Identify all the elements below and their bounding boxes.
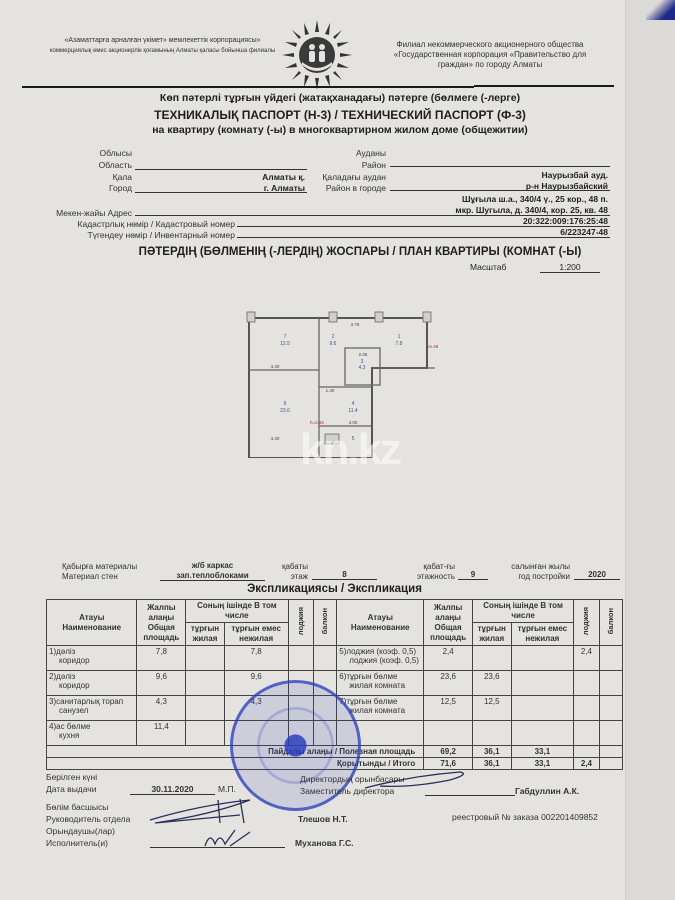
col-name: Атауы Наименование — [47, 600, 137, 646]
deputy-signature — [360, 768, 480, 793]
cell-total: 12,5 — [424, 696, 473, 721]
col-loggia-2: лоджия — [581, 607, 591, 635]
cell-living — [472, 646, 511, 671]
col-nonliving: тұрғын емес нежилая — [224, 623, 288, 646]
room-7-label: 7 — [284, 334, 287, 340]
issued-ru-label: Дата выдачи — [46, 784, 97, 794]
cell-balcony — [599, 696, 622, 721]
cell-living — [186, 646, 225, 671]
cell-nonliving — [511, 646, 574, 671]
registry-number: реестровый № заказа 002201409852 — [452, 812, 598, 822]
head-ru-label: Руководитель отдела — [46, 814, 130, 824]
issued-kz-label: Берілген күні — [46, 772, 97, 782]
cell-living — [186, 696, 225, 721]
cell-nonliving: 7,8 — [224, 646, 288, 671]
year-value: 2020 — [574, 570, 620, 580]
svg-text:1: 1 — [398, 334, 401, 340]
svg-text:6: 6 — [284, 401, 287, 407]
svg-text:1.40: 1.40 — [326, 388, 335, 393]
grand-balcony — [599, 758, 622, 770]
cell-balcony — [314, 646, 337, 671]
col-name-2: Атауы Наименование — [337, 600, 424, 646]
floors-value: 9 — [458, 570, 488, 580]
cell-living: 23,6 — [472, 671, 511, 696]
room-name: 4)ас бөлмекухня — [47, 721, 137, 746]
exec-ru-label: Исполнитель(и) — [46, 838, 108, 848]
wall-value-1: ж/б каркас — [160, 561, 265, 570]
cell-loggia: 2,4 — [574, 646, 600, 671]
cell-total: 9,6 — [137, 671, 186, 696]
room-name: 3)санитарлық торапсанузел — [47, 696, 137, 721]
inventory-label: Түгендеу нөмір / Инвентарный номер — [40, 230, 235, 240]
svg-text:4: 4 — [352, 401, 355, 407]
scale-value: 1:200 — [540, 262, 600, 273]
floor-ru-label: этаж — [270, 572, 308, 581]
year-kz-label: салынған жылы — [495, 562, 570, 571]
svg-text:23.6: 23.6 — [280, 408, 290, 414]
svg-text:12.5: 12.5 — [280, 341, 290, 347]
floor-value: 8 — [312, 570, 377, 580]
room-name: 2)дәлізкоридор — [47, 671, 137, 696]
useful-loggia — [574, 746, 600, 758]
useful-living: 36,1 — [472, 746, 511, 758]
useful-nonliving: 33,1 — [511, 746, 574, 758]
grand-loggia: 2,4 — [574, 758, 600, 770]
inventory-value: 6/223247-48 — [300, 227, 608, 237]
header-right-line3: граждан» по городу Алматы — [390, 60, 590, 70]
issued-value: 30.11.2020 — [130, 784, 215, 795]
header-right-org: Филиал некоммерческого акционерного обще… — [390, 40, 590, 70]
cadastral-value: 20:322:009:176:25:48 — [300, 216, 608, 226]
cell-nonliving — [511, 721, 574, 746]
cell-loggia — [574, 696, 600, 721]
cell-total — [424, 721, 473, 746]
audany-kz-label: Ауданы — [300, 148, 386, 158]
city-value-kz: Алматы қ. — [135, 172, 305, 182]
useful-total: 69,2 — [424, 746, 473, 758]
title-kz: Көп пәтерлі тұрғын үйдегі (жатақханадағы… — [100, 92, 580, 104]
scale-label: Масштаб — [470, 262, 506, 272]
title-ru: на квартиру (комнату (-ы) в многоквартир… — [100, 124, 580, 136]
head-signature — [140, 795, 300, 825]
raion-ru-label: Район — [300, 160, 386, 170]
cell-total: 2,4 — [424, 646, 473, 671]
exec-name: Муханова Г.С. — [295, 838, 354, 848]
header-right-line1: Филиал некоммерческого акционерного обще… — [390, 40, 590, 50]
col-loggia: лоджия — [296, 607, 306, 635]
cell-nonliving — [511, 671, 574, 696]
address-value-ru: мкр. Шугыла, д. 340/4, кор. 25, кв. 48 — [300, 205, 608, 215]
background-edge — [625, 0, 675, 900]
grand-nonliving: 33,1 — [511, 758, 574, 770]
cell-total: 23,6 — [424, 671, 473, 696]
cell-living — [186, 721, 225, 746]
col-balcony: балкон — [320, 608, 330, 634]
city-kz-label: Қала — [40, 172, 132, 182]
inventory-line — [237, 237, 610, 238]
cell-nonliving — [511, 696, 574, 721]
wall-ru-label: Материал стен — [62, 572, 118, 581]
floors-ru-label: этажность — [395, 572, 455, 581]
col-total: Жалпы алаңы Общая площадь — [137, 600, 186, 646]
cell-loggia — [288, 646, 314, 671]
cell-total: 11,4 — [137, 721, 186, 746]
explication-title: Экспликациясы / Экспликация — [46, 583, 623, 595]
cell-total: 7,8 — [137, 646, 186, 671]
head-name: Тлешов Н.Т. — [298, 814, 348, 824]
oblast-line — [135, 169, 307, 170]
city-district-kz-label: Қаладағы аудан — [300, 172, 386, 182]
cell-living: 12,5 — [472, 696, 511, 721]
svg-text:3.75: 3.75 — [351, 322, 360, 327]
svg-text:11.4: 11.4 — [348, 408, 358, 414]
deputy-sign-line — [425, 795, 515, 796]
room-name: 6)тұрғын бөлмежилая комната — [337, 671, 424, 696]
address-value-kz: Шұғыла ш.а., 340/4 ү., 25 кор., 48 п. — [300, 194, 608, 204]
table-row: 2)дәлізкоридор9,69,66)тұрғын бөлмежилая … — [47, 671, 623, 696]
floor-kz-label: қабаты — [270, 562, 308, 571]
city-line — [135, 192, 307, 193]
mp-label: М.П. — [218, 784, 236, 794]
exec-signature — [200, 826, 260, 850]
cell-loggia — [574, 671, 600, 696]
raion-line — [390, 166, 610, 167]
cadastral-label: Кадастрлық нөмір / Кадастровый номер — [40, 219, 235, 229]
cell-balcony — [599, 721, 622, 746]
col-balcony-2: балкон — [606, 608, 616, 634]
watermark: kn.kz — [300, 425, 400, 475]
cell-living — [186, 671, 225, 696]
header-left-org: «Азаматтарға арналған үкімет» мемлекетті… — [40, 36, 285, 56]
city-district-ru-label: Район в городе — [300, 183, 386, 193]
svg-text:4.40: 4.40 — [271, 436, 280, 441]
col-incl: Соның ішінде В том числе — [186, 600, 288, 623]
year-ru-label: год постройки — [495, 572, 570, 581]
sun-family-hand-icon — [280, 18, 354, 92]
svg-text:4.3: 4.3 — [359, 365, 366, 371]
svg-text:ен.48: ен.48 — [427, 344, 439, 349]
svg-text:7.8: 7.8 — [396, 341, 403, 347]
city-ru-label: Город — [40, 183, 132, 193]
svg-text:9.6: 9.6 — [330, 341, 337, 347]
cell-living — [472, 721, 511, 746]
city-district-line — [390, 190, 610, 191]
col-nonliving-2: тұрғын емес нежилая — [511, 623, 574, 646]
col-total-2: Жалпы алаңы Общая площадь — [424, 600, 473, 646]
exec-kz-label: Орындаушы(лар) — [46, 826, 115, 836]
header-right-line2: «Государственная корпорация «Правительст… — [390, 50, 590, 60]
svg-text:4.40: 4.40 — [271, 364, 280, 369]
cell-total: 4,3 — [137, 696, 186, 721]
room-name: 5)лоджия (коэф. 0,5)лоджия (коэф. 0,5) — [337, 646, 424, 671]
oblast-kz-label: Облысы — [40, 148, 132, 158]
svg-text:2.05: 2.05 — [359, 352, 368, 357]
floors-kz-label: қабат-ғы — [395, 562, 455, 571]
header-left-line2: коммерциялық емес акционерлік қоғамының … — [40, 46, 285, 56]
address-label: Мекен-жайы Адрес — [40, 208, 132, 218]
table-row: 1)дәлізкоридор7,87,85)лоджия (коэф. 0,5)… — [47, 646, 623, 671]
cell-balcony — [599, 671, 622, 696]
plan-title: ПӘТЕРДІҢ (БӨЛМЕНІҢ (-ЛЕРДІҢ) ЖОСПАРЫ / П… — [100, 246, 620, 258]
deputy-name: Габдуллин А.К. — [515, 786, 579, 796]
wall-kz-label: Қабырға материалы — [62, 562, 137, 571]
svg-text:2: 2 — [332, 334, 335, 340]
cell-loggia — [574, 721, 600, 746]
head-kz-label: Бөлім басшысы — [46, 802, 108, 812]
col-living: тұрғын жилая — [186, 623, 225, 646]
col-living-2: тұрғын жилая — [472, 623, 511, 646]
col-incl-2: Соның ішінде В том числе — [472, 600, 573, 623]
cell-balcony — [599, 646, 622, 671]
wall-value-2: зап.теплоблоками — [160, 571, 265, 581]
room-name: 1)дәлізкоридор — [47, 646, 137, 671]
header-left-line1: «Азаматтарға арналған үкімет» мемлекетті… — [40, 36, 285, 46]
useful-balcony — [599, 746, 622, 758]
title-main: ТЕХНИКАЛЫҚ ПАСПОРТ (Н-3) / ТЕХНИЧЕСКИЙ П… — [100, 108, 580, 122]
blue-object-corner — [646, 0, 675, 20]
header-divider — [22, 86, 474, 88]
city-district-value-kz: Наурызбай ауд. — [390, 170, 608, 180]
header-divider-right — [474, 85, 614, 87]
oblast-ru-label: Область — [40, 160, 132, 170]
